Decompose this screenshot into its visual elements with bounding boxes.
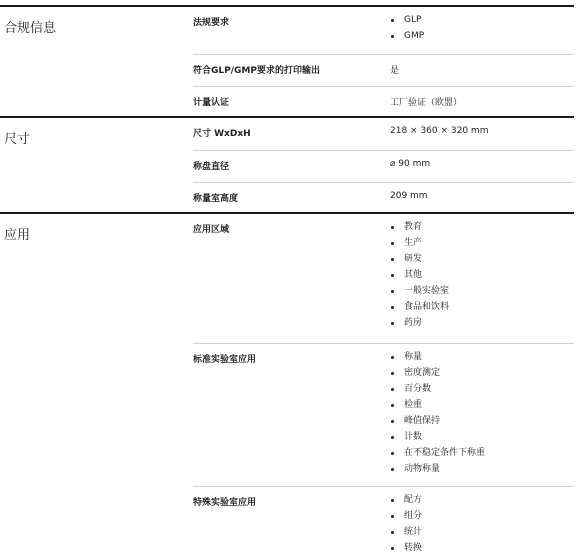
list-item: 动物称量 (390, 464, 485, 480)
list-item: 教育 (390, 222, 449, 238)
list-item: 计数 (390, 432, 485, 448)
list-item: 检重 (390, 400, 485, 416)
spec-value-list: 称量 密度测定 百分数 检重 峰值保持 计数 在不稳定条件下称重 动物称量 (390, 352, 485, 480)
list-item: 配方 (390, 495, 422, 511)
list-item: 一般实验室 (390, 286, 449, 302)
list-item: 在不稳定条件下称重 (390, 448, 485, 464)
spec-row-chamber-height: 称量室高度 209 mm (193, 182, 574, 214)
spec-row-application-area: 应用区域 教育 生产 研发 其他 一般实验室 食品和饮料 药房 (193, 214, 574, 343)
list-item: GLP (390, 15, 424, 31)
spec-value-list: 配方 组分 统计 转换 (390, 495, 422, 559)
spec-value: 218 × 360 × 320 mm (390, 126, 488, 136)
list-item: 食品和饮料 (390, 302, 449, 318)
list-item: 百分数 (390, 384, 485, 400)
list-item: 生产 (390, 238, 449, 254)
list-item: 组分 (390, 511, 422, 527)
section-compliance: 合规信息 法规要求 GLP GMP 符合GLP/GMP要求的打印输出 是 计量认… (0, 5, 574, 117)
spec-value: ⌀ 90 mm (390, 159, 430, 169)
list-item: 密度测定 (390, 368, 485, 384)
spec-row-printout: 符合GLP/GMP要求的打印输出 是 (193, 54, 574, 86)
spec-row-dimensions: 尺寸 WxDxH 218 × 360 × 320 mm (193, 118, 574, 150)
spec-value-list: 教育 生产 研发 其他 一般实验室 食品和饮料 药房 (390, 222, 449, 334)
spec-row-standard-lab-apps: 标准实验室应用 称量 密度测定 百分数 检重 峰值保持 计数 在不稳定条件下称重… (193, 343, 574, 487)
spec-label: 法规要求 (193, 15, 229, 28)
spec-row-pan-diameter: 称盘直径 ⌀ 90 mm (193, 150, 574, 182)
spec-label: 称盘直径 (193, 159, 229, 172)
spec-value: 工厂验证（欧盟） (390, 95, 462, 108)
section-title: 合规信息 (4, 17, 56, 36)
spec-label: 尺寸 WxDxH (193, 126, 251, 139)
spec-label: 称量室高度 (193, 191, 238, 204)
section-title: 尺寸 (4, 128, 30, 147)
list-item: 统计 (390, 527, 422, 543)
spec-row-special-lab-apps: 特殊实验室应用 配方 组分 统计 转换 (193, 486, 574, 560)
list-item: 称量 (390, 352, 485, 368)
spec-value-list: GLP GMP (390, 15, 424, 47)
spec-value: 是 (390, 63, 399, 76)
list-item: 转换 (390, 543, 422, 559)
list-item: 研发 (390, 254, 449, 270)
spec-label: 计量认证 (193, 95, 229, 108)
section-applications: 应用 应用区域 教育 生产 研发 其他 一般实验室 食品和饮料 药房 标准实验室… (0, 212, 574, 560)
list-item: 药房 (390, 318, 449, 334)
list-item: 其他 (390, 270, 449, 286)
spec-row-metrology: 计量认证 工厂验证（欧盟） (193, 86, 574, 118)
spec-label: 标准实验室应用 (193, 352, 256, 365)
spec-value: 209 mm (390, 191, 428, 201)
list-item: 峰值保持 (390, 416, 485, 432)
spec-row-regulatory: 法规要求 GLP GMP (193, 7, 574, 54)
list-item: GMP (390, 31, 424, 47)
spec-label: 特殊实验室应用 (193, 495, 256, 508)
section-title: 应用 (4, 224, 30, 243)
spec-label: 符合GLP/GMP要求的打印输出 (193, 63, 320, 76)
spec-label: 应用区域 (193, 222, 229, 235)
section-dimensions: 尺寸 尺寸 WxDxH 218 × 360 × 320 mm 称盘直径 ⌀ 90… (0, 116, 574, 214)
